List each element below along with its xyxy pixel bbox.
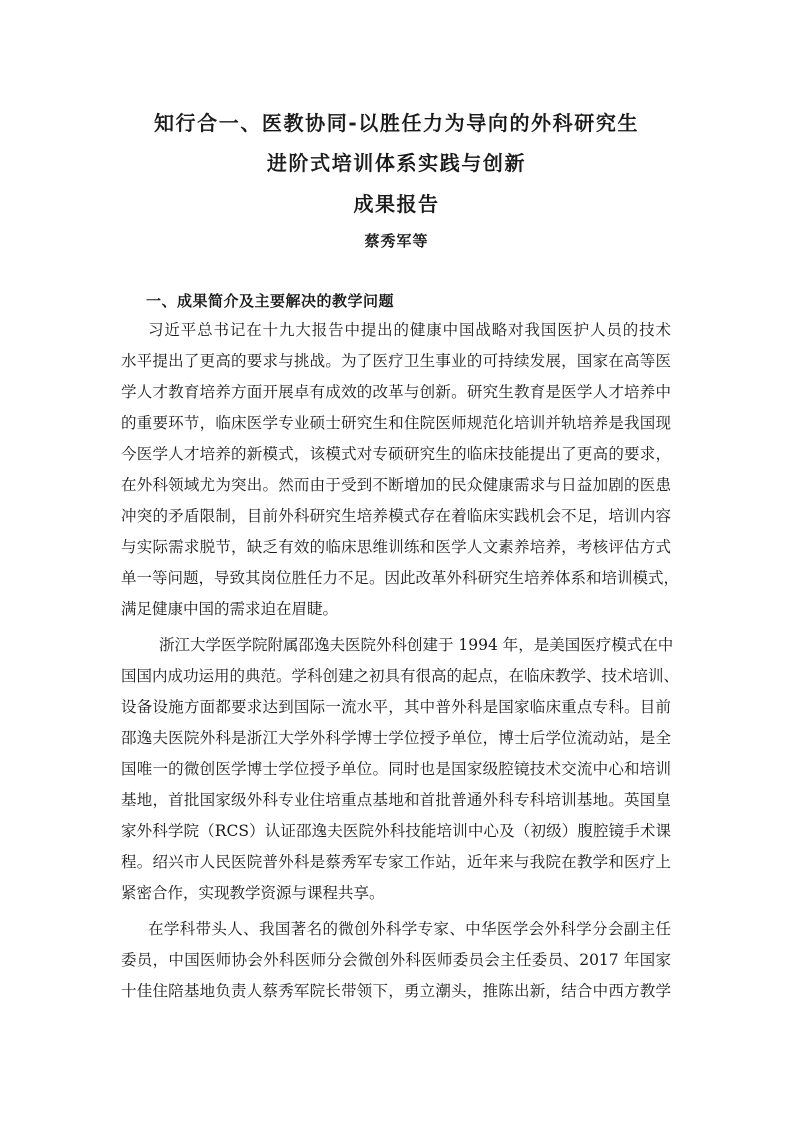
paragraph-line: 十佳住陪基地负责人蔡秀军院长带领下，勇立潮头，推陈出新，结合中西方教学	[121, 976, 671, 1007]
paragraph-line: 今医学人才培养的新模式，该模式对专硕研究生的临床技能提出了更高的要求，	[121, 439, 671, 470]
section-heading: 一、成果简介及主要解决的教学问题	[146, 290, 394, 311]
document-title-line-2: 进阶式培训体系实践与创新	[0, 147, 793, 176]
paragraph-line: 紧密合作，实现教学资源与课程共享。	[121, 878, 671, 909]
paragraph-line: 设备设施方面都要求达到国际一流水平，其中普外科是国家临床重点专科。目前	[121, 692, 671, 723]
document-title-line-1: 知行合一、医教协同-以胜任力为导向的外科研究生	[0, 107, 793, 136]
paragraph: 习近平总书记在十九大报告中提出的健康中国战略对我国医护人员的技术 水平提出了更高…	[121, 315, 671, 625]
paragraph-line: 浙江大学医学院附属邵逸夫医院外科创建于 1994 年，是美国医疗模式在中	[121, 630, 671, 661]
paragraph-line: 程。绍兴市人民医院普外科是蔡秀军专家工作站，近年来与我院在教学和医疗上	[121, 847, 671, 878]
paragraph: 在学科带头人、我国著名的微创外科学专家、中华医学会外科学分会副主任 委员，中国医…	[121, 914, 671, 1007]
paragraph-line: 在学科带头人、我国著名的微创外科学专家、中华医学会外科学分会副主任	[121, 914, 671, 945]
paragraph-line: 邵逸夫医院外科是浙江大学外科学博士学位授予单位，博士后学位流动站，是全	[121, 723, 671, 754]
paragraph-line: 与实际需求脱节，缺乏有效的临床思维训练和医学人文素养培养，考核评估方式	[121, 532, 671, 563]
document-subtitle: 成果报告	[0, 188, 793, 217]
paragraph-line: 国唯一的微创医学博士学位授予单位。同时也是国家级腔镜技术交流中心和培训	[121, 754, 671, 785]
paragraph: 浙江大学医学院附属邵逸夫医院外科创建于 1994 年，是美国医疗模式在中 国国内…	[121, 630, 671, 909]
document-page: 知行合一、医教协同-以胜任力为导向的外科研究生 进阶式培训体系实践与创新 成果报…	[0, 0, 793, 1122]
document-author: 蔡秀军等	[0, 230, 793, 251]
paragraph-line: 在外科领域尤为突出。然而由于受到不断增加的民众健康需求与日益加剧的医患	[121, 470, 671, 501]
paragraph-line: 水平提出了更高的要求与挑战。为了医疗卫生事业的可持续发展，国家在高等医	[121, 346, 671, 377]
paragraph-line: 基地，首批国家级外科专业住培重点基地和首批普通外科专科培训基地。英国皇	[121, 785, 671, 816]
paragraph-line: 习近平总书记在十九大报告中提出的健康中国战略对我国医护人员的技术	[121, 315, 671, 346]
paragraph-line: 学人才教育培养方面开展卓有成效的改革与创新。研究生教育是医学人才培养中	[121, 377, 671, 408]
paragraph-line: 满足健康中国的需求迫在眉睫。	[121, 594, 671, 625]
paragraph-line: 单一等问题，导致其岗位胜任力不足。因此改革外科研究生培养体系和培训模式，	[121, 563, 671, 594]
paragraph-line: 委员，中国医师协会外科医师分会微创外科医师委员会主任委员、2017 年国家	[121, 945, 671, 976]
section-body: 习近平总书记在十九大报告中提出的健康中国战略对我国医护人员的技术 水平提出了更高…	[121, 315, 671, 1007]
paragraph-line: 家外科学院（RCS）认证邵逸夫医院外科技能培训中心及（初级）腹腔镜手术课	[121, 816, 671, 847]
paragraph-line: 冲突的矛盾限制，目前外科研究生培养模式存在着临床实践机会不足，培训内容	[121, 501, 671, 532]
paragraph-line: 的重要环节，临床医学专业硕士研究生和住院医师规范化培训并轨培养是我国现	[121, 408, 671, 439]
paragraph-line: 国国内成功运用的典范。学科创建之初具有很高的起点，在临床教学、技术培训、	[121, 661, 671, 692]
